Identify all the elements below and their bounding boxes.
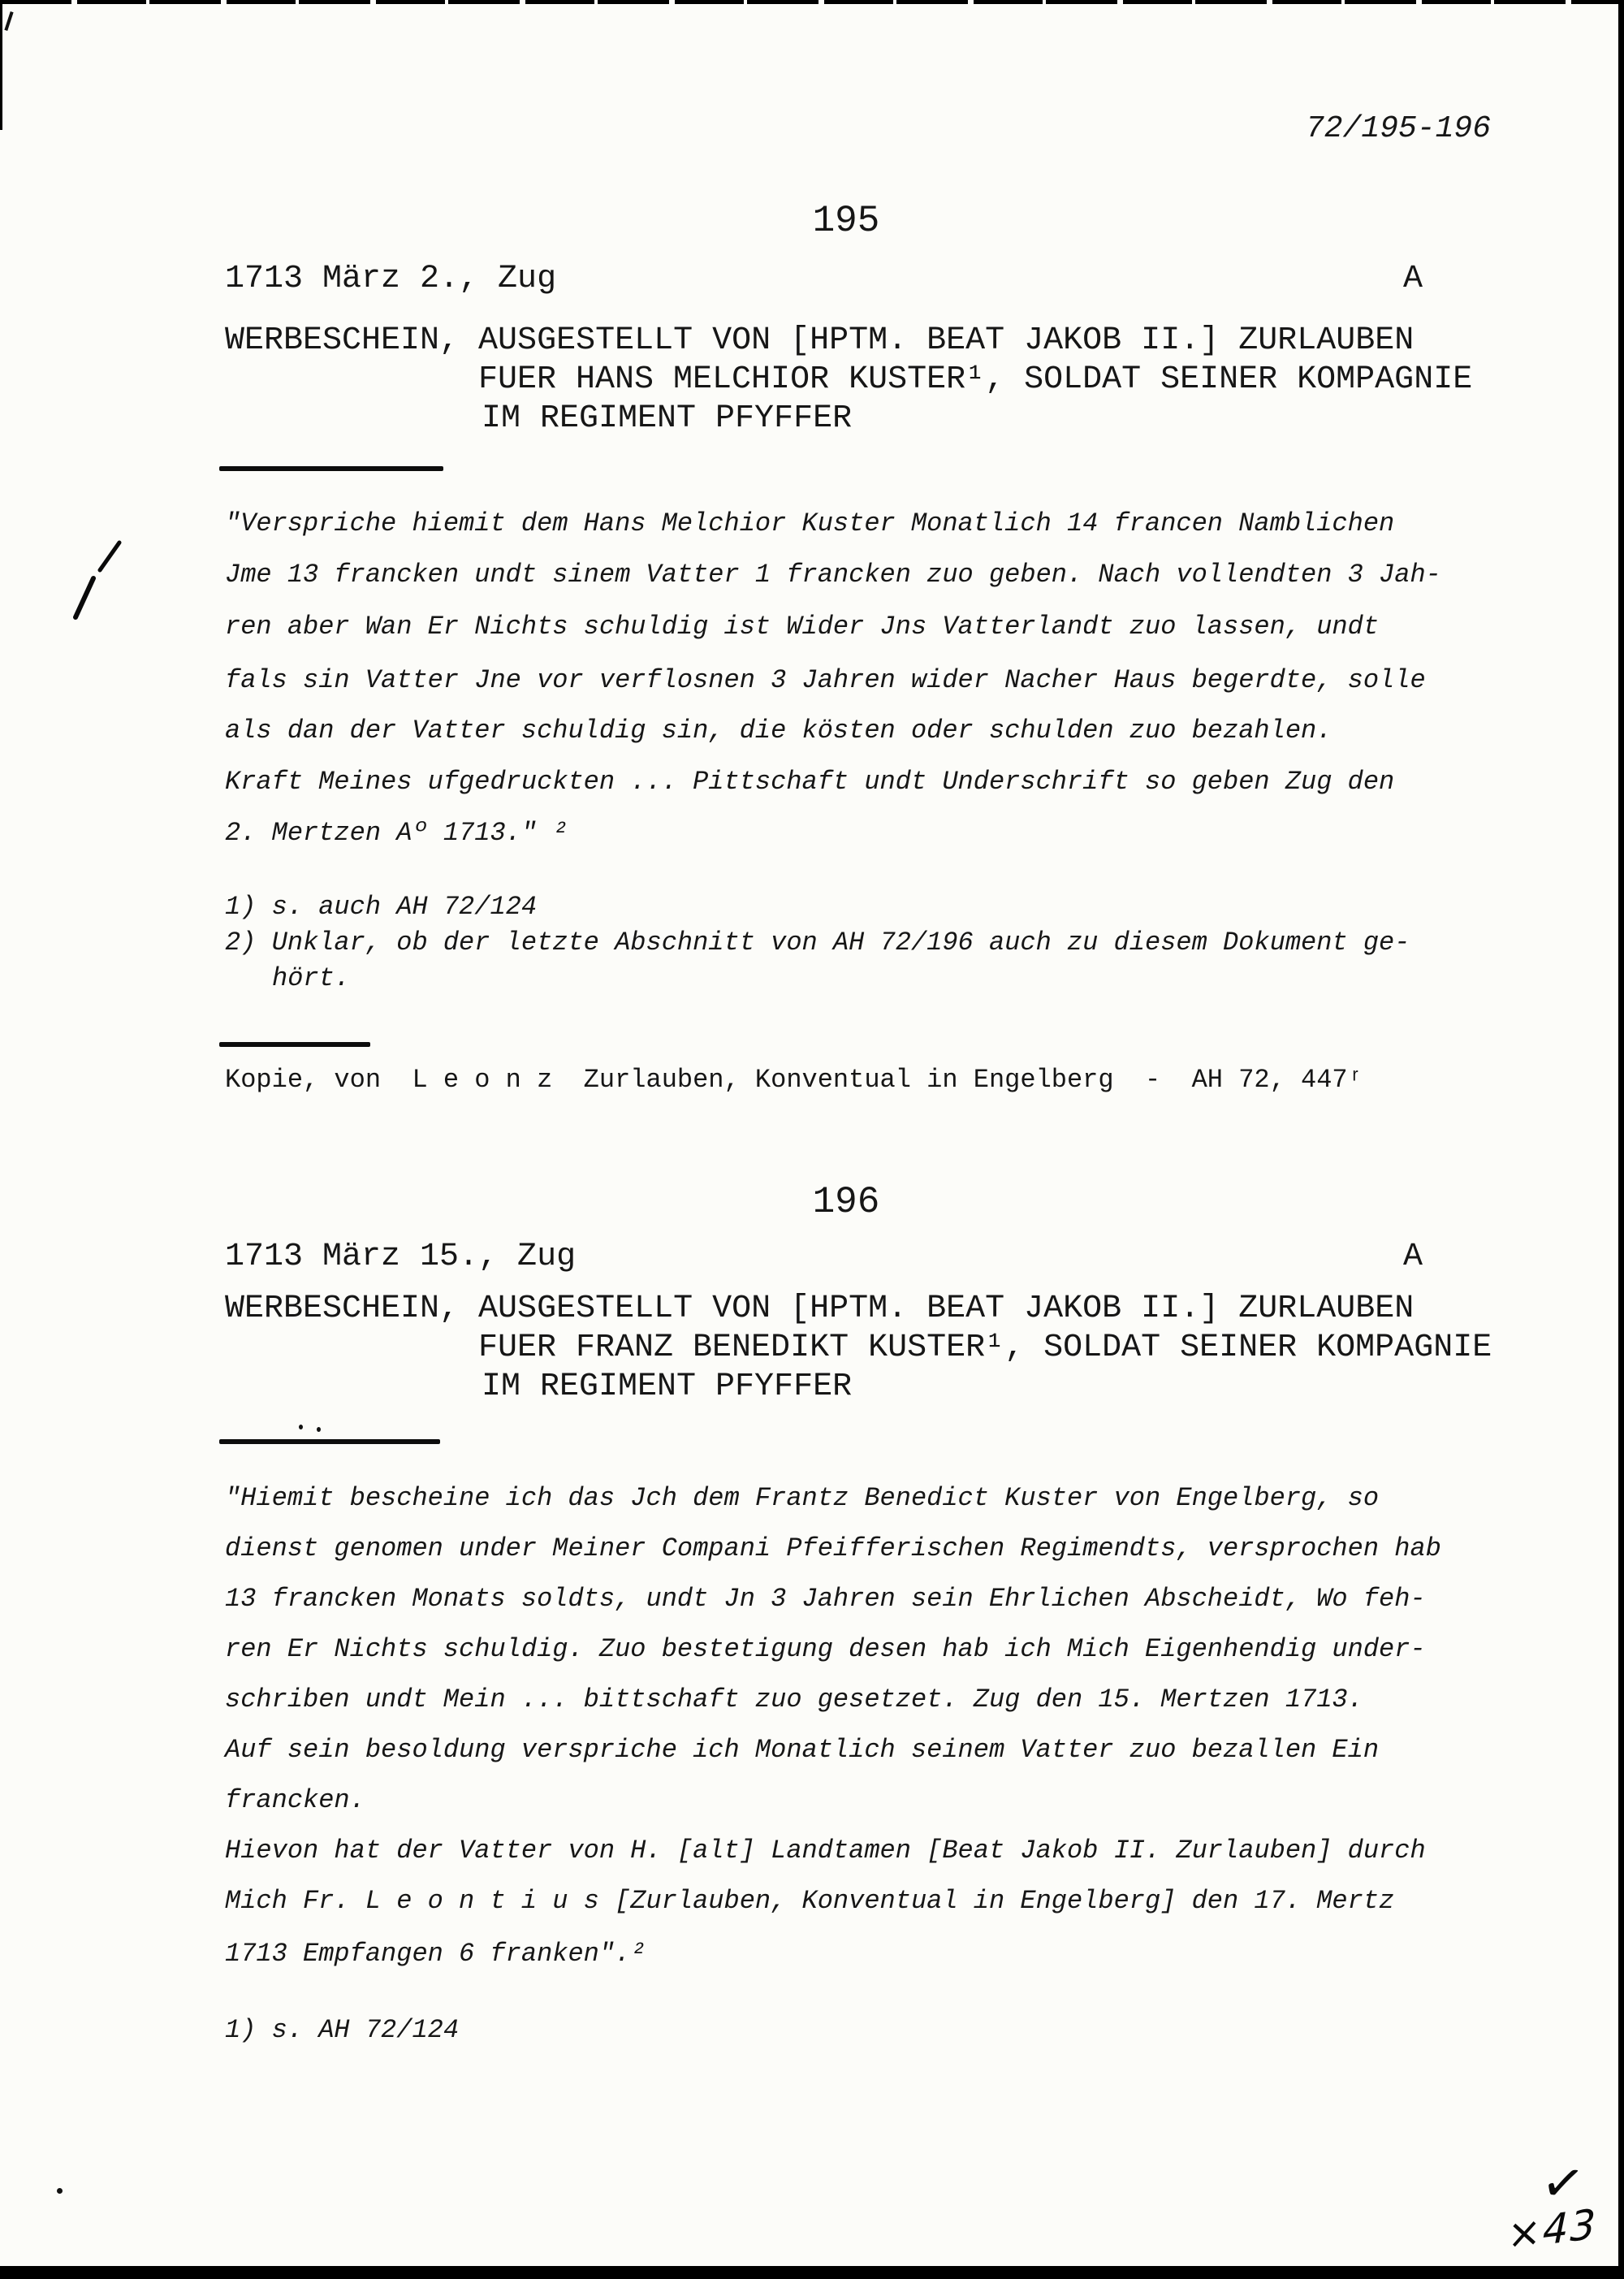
doc196-title-line: FUER FRANZ BENEDIKT KUSTER¹, SOLDAT SEIN… [478,1329,1492,1368]
doc196-quote-line: 13 francken Monats soldts, undt Jn 3 Jah… [225,1583,1426,1615]
scan-top-edge [0,0,1624,4]
doc196-title-line: IM REGIMENT PFYFFER [482,1368,852,1407]
doc195-title-line: IM REGIMENT PFYFFER [482,400,852,439]
stray-ink-dot [299,1425,303,1429]
doc196-quote-line: Hievon hat der Vatter von H. [alt] Landt… [225,1835,1426,1867]
doc195-number: 195 [773,198,919,244]
doc195-footnote: 1) s. auch AH 72/124 [225,891,537,923]
scan-bottom-edge [0,2266,1624,2279]
scan-left-edge [0,0,2,130]
doc195-source-line: Kopie, von L e o n z Zurlauben, Konventu… [225,1064,1363,1096]
margin-slash-mark [69,536,142,625]
doc196-quote-line: schriben undt Mein ... bittschaft zuo ge… [225,1684,1363,1716]
doc196-quote-line: dienst genomen under Meiner Compani Pfei… [225,1533,1441,1565]
doc195-quote-line: Kraft Meines ufgedruckten ... Pittschaft… [225,766,1394,798]
doc196-quote-line: 1713 Empfangen 6 franken".² [225,1938,646,1970]
doc196-quote-line: "Hiemit bescheine ich das Jch dem Frantz… [225,1482,1379,1515]
doc195-siglum: A [1403,260,1423,299]
doc195-quote-line: 2. Mertzen Aº 1713." ² [225,817,568,850]
archive-reference: 72/195-196 [1306,110,1491,148]
doc196-siglum: A [1403,1238,1423,1277]
doc195-separator-rule [219,466,443,471]
doc195-quote-line: fals sin Vatter Jne vor verflosnen 3 Jah… [225,664,1426,697]
doc196-date-place: 1713 März 15., Zug [225,1238,576,1277]
doc196-title-line: WERBESCHEIN, AUSGESTELLT VON [HPTM. BEAT… [225,1290,1414,1329]
doc196-separator-rule [219,1439,440,1444]
doc195-date-place: 1713 März 2., Zug [225,260,556,299]
doc196-quote-line: Auf sein besoldung verspriche ich Monatl… [225,1734,1379,1767]
doc195-source-rule [219,1042,370,1047]
doc195-title-line: WERBESCHEIN, AUSGESTELLT VON [HPTM. BEAT… [225,322,1414,361]
doc196-quote-line: francken. [225,1784,365,1817]
stray-ink-dot [57,2188,63,2194]
doc196-footnote: 1) s. AH 72/124 [225,2014,459,2047]
doc195-title-line: FUER HANS MELCHIOR KUSTER¹, SOLDAT SEINE… [478,361,1472,400]
handwritten-note: ×43 [1507,2200,1598,2259]
doc195-quote-line: ren aber Wan Er Nichts schuldig ist Wide… [225,611,1379,643]
scan-right-edge [1618,0,1624,2279]
doc196-number: 196 [773,1179,919,1225]
doc195-quote-line: Jme 13 francken undt sinem Vatter 1 fran… [225,559,1441,591]
doc195-footnote: hört. [272,962,350,995]
doc195-quote-line: "Verspriche hiemit dem Hans Melchior Kus… [225,508,1394,540]
doc195-quote-line: als dan der Vatter schuldig sin, die kös… [225,715,1332,747]
stray-ink-dot [317,1427,321,1432]
doc196-quote-line: ren Er Nichts schuldig. Zuo bestetigung … [225,1633,1426,1666]
doc196-quote-line: Mich Fr. L e o n t i u s [Zurlauben, Kon… [225,1885,1394,1918]
scan-corner-mark [4,11,13,31]
scanned-document-page: 72/195-196 195 1713 März 2., Zug A WERBE… [0,0,1624,2279]
doc195-footnote: 2) Unklar, ob der letzte Abschnitt von A… [225,927,1410,959]
